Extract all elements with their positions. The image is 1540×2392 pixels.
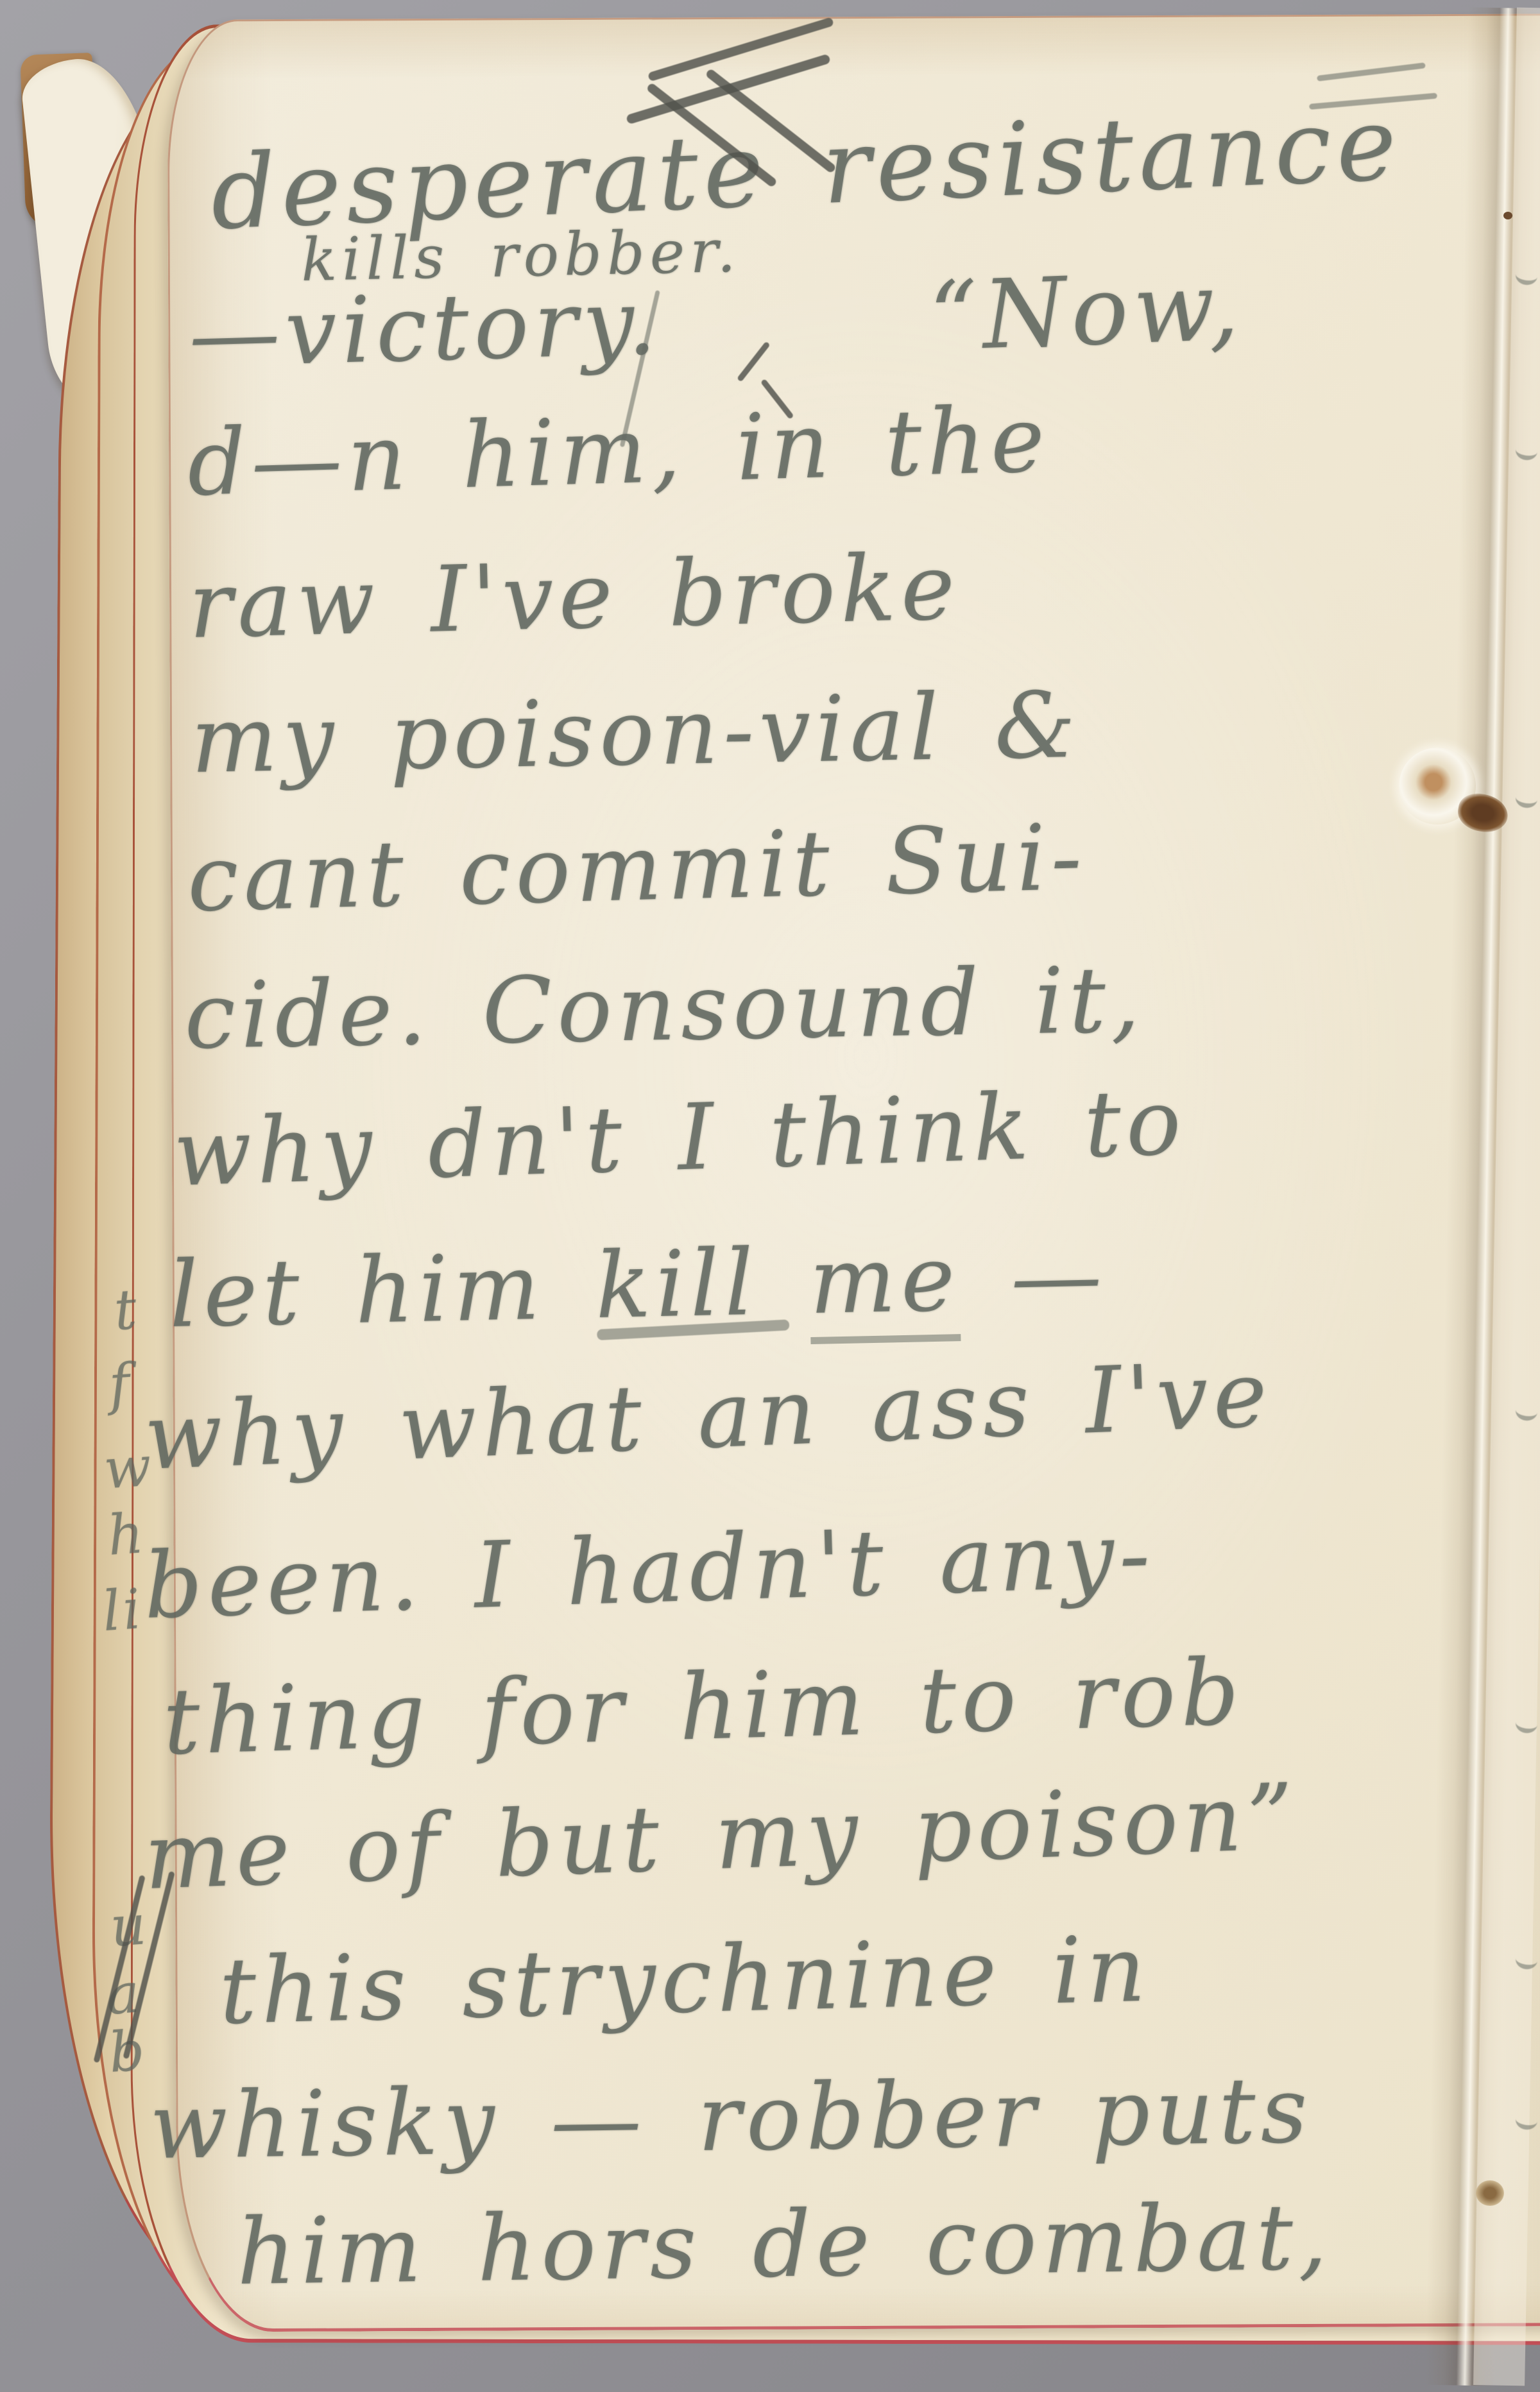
handwriting-line: whisky — robber puts <box>149 2058 1313 2180</box>
handwriting-line: him hors de combat, <box>236 2184 1333 2305</box>
handwriting-line: “Now, <box>927 251 1245 372</box>
margin-text-fragment: t <box>112 1277 141 1343</box>
handwriting-line: —victory. <box>187 269 662 388</box>
margin-text-fragment: li <box>101 1577 146 1644</box>
margin-text-fragment: h <box>106 1501 148 1568</box>
margin-text-fragment: f <box>107 1352 135 1417</box>
paper-stain-spot <box>1476 2180 1504 2206</box>
handwriting-line: raw I've broke <box>187 534 961 659</box>
handwriting-line: my poison-vial & <box>190 672 1082 794</box>
handwriting-line: cant commit Sui- <box>186 805 1088 932</box>
underlined-word: me <box>809 1226 961 1344</box>
paper-speck <box>1503 212 1512 219</box>
handwriting-segment: — <box>959 1222 1108 1331</box>
notebook-photo: tfwhliuab desperate resistancekills robb… <box>0 0 1540 2392</box>
handwriting-line: cide. Consound it, <box>184 947 1145 1070</box>
